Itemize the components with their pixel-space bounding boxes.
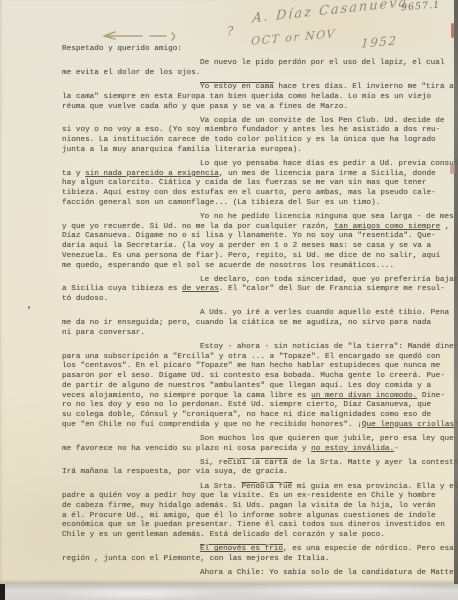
letter-text: ta y bbox=[62, 170, 85, 178]
letter-text: Son muchos los que quieren que jubile, p… bbox=[200, 435, 454, 443]
letter-text: si voy o no voy a eso. (Yo soy miembro f… bbox=[62, 126, 440, 134]
letter-line: me quedo, esperando que el sol se acuerd… bbox=[62, 262, 450, 272]
letter-text: me favorece no ha vencido su plazo ni co… bbox=[62, 445, 311, 453]
letter-text: La Srta. bbox=[200, 483, 242, 491]
letter-line: Yo no he pedido licencia ninguna que sea… bbox=[62, 213, 450, 223]
pencil-arrow-mark bbox=[100, 27, 190, 45]
letter-text: Díaz Casanueva. Dígame no o sí lisa y ll… bbox=[62, 232, 436, 240]
letter-line: hay algun calorcito. Ciática y caída de … bbox=[62, 179, 450, 189]
stray-ink-dot bbox=[28, 306, 30, 309]
letter-line: me evita el dolor de los ojos. bbox=[62, 69, 450, 79]
letter-line: Son muchos los que quieren que jubile, p… bbox=[62, 435, 450, 445]
letter-line: de cabeza firme, muy hidalgo además. Si … bbox=[62, 502, 450, 512]
letter-text-emphasized: tan amigos como siempre bbox=[334, 223, 440, 231]
letter-line: junta a la muy anarquica familia literar… bbox=[62, 146, 450, 156]
letter-text: que "en Chile no fuí comprendida y que n… bbox=[62, 421, 362, 429]
letter-line: a él. Procure Ud., mi amigo, que él lo i… bbox=[62, 512, 450, 522]
letter-text-emphasized: sin nada parecido a exigencia bbox=[85, 170, 219, 178]
letter-line: Ahora a Chile: Yo sabía solo de la candi… bbox=[62, 569, 450, 579]
letter-line: ta y sin nada parecido a exigencia, un m… bbox=[62, 170, 450, 180]
letter-text: , es una especie de nórdico. Pero esa bbox=[283, 545, 454, 553]
letter-text: , bbox=[440, 223, 449, 231]
letter-text: hace tres días. El invierno me "tira a bbox=[274, 83, 454, 91]
letter-line: para una subscripción a "Ercilla" y otra… bbox=[62, 353, 450, 363]
letter-text: Respetado y querido amigo: bbox=[62, 45, 182, 53]
letter-text: niones. La institución carece de todo co… bbox=[62, 136, 436, 144]
scan-background bbox=[0, 584, 458, 600]
letter-paragraph: La Srta. Pendola fué mi guia en esa prov… bbox=[62, 483, 450, 541]
letter-paragraph: Va copia de un convite de los Pen Club. … bbox=[62, 117, 450, 156]
letter-paragraph: Respetado y querido amigo: bbox=[62, 45, 450, 55]
letter-line: de partir de alguno de nuestros "ambulan… bbox=[62, 382, 450, 392]
letter-line: ni para conversar. bbox=[62, 329, 450, 339]
letter-text: a él. Procure Ud., mi amigo, que él lo i… bbox=[62, 512, 436, 520]
letter-line: me favorece no ha vencido su plazo ni co… bbox=[62, 445, 450, 455]
handwritten-catalog-number: 9657.1 bbox=[401, 0, 441, 13]
letter-text: Va copia de un convite de los Pen Club. … bbox=[200, 117, 445, 125]
letter-line: Chile y es un gentleman además. Está del… bbox=[62, 531, 450, 541]
letter-line: Lo que yo pensaba hace días es pedir a U… bbox=[62, 160, 450, 170]
letter-line: pasaron por el seso. Dígame Ud. si conte… bbox=[62, 372, 450, 382]
letter-text: me evita el dolor de los ojos. bbox=[62, 69, 200, 77]
letter-paragraph: Ahora a Chile: Yo sabía solo de la candi… bbox=[62, 569, 450, 579]
letter-text: y que yo recuerde. Si Ud. no me la da po… bbox=[62, 223, 334, 231]
letter-text-emphasized: no estoy inválida. bbox=[311, 445, 394, 453]
letter-text: pasaron por el seso. Dígame Ud. si conte… bbox=[62, 372, 445, 380]
letter-line: tibieza. Aquí estoy con dos estufas en e… bbox=[62, 189, 450, 199]
letter-line: los "centavos". En el pícaro "Topaze" me… bbox=[62, 362, 450, 372]
letter-line: Respetado y querido amigo: bbox=[62, 45, 450, 55]
letter-text: me da no ir enseguida; pero, cuando la c… bbox=[62, 319, 431, 327]
letter-text: junta a la muy anarquica familia literar… bbox=[62, 146, 302, 154]
letter-text: de cabeza firme, muy hidalgo además. Si … bbox=[62, 502, 436, 510]
letter-text-emphasized: Yo estoy en cama bbox=[200, 83, 274, 91]
letter-line: A Uds. yo iré a verles cuando aquello es… bbox=[62, 309, 450, 319]
letter-line: económica que se le puedan presentar. Ti… bbox=[62, 521, 450, 531]
letter-line: Sí, recibí la carta de la Srta. Matte y … bbox=[62, 459, 450, 469]
letter-text: Dine- bbox=[417, 392, 445, 400]
letter-text: padre a quién voy a pedir hoy que la vis… bbox=[62, 492, 436, 500]
letter-line: niones. La institución carece de todo co… bbox=[62, 136, 450, 146]
letter-line: región , junta con el Piemonte, con las … bbox=[62, 555, 450, 565]
letter-line: su colega doble, Cónsul y "croniquera", … bbox=[62, 411, 450, 421]
scan-edge-shadow bbox=[454, 0, 458, 584]
letter-text: - bbox=[394, 445, 399, 453]
letter-line: facción general son un camonflage... (La… bbox=[62, 199, 450, 209]
letter-line: Venezuela. Es una persona de fiar). Pero… bbox=[62, 252, 450, 262]
letter-text: ni para conversar. bbox=[62, 329, 145, 337]
red-edge-mark bbox=[450, 165, 455, 174]
letter-line: ro no les doy y eso no lo perdonan. Esté… bbox=[62, 401, 450, 411]
letter-line: De nuevo le pido perdón por el uso del l… bbox=[62, 59, 450, 69]
red-edge-mark bbox=[451, 23, 454, 38]
letter-page: A. Díaz Casanueva 9657.1 ? OCT or NOV 19… bbox=[0, 0, 458, 584]
letter-text: réuma que vuelve cada año y que pasa y s… bbox=[62, 103, 348, 111]
letter-paragraph: Son muchos los que quieren que jubile, p… bbox=[62, 435, 450, 454]
handwritten-recipient: A. Díaz Casanueva bbox=[252, 0, 409, 26]
letter-text: tibieza. Aquí estoy con dos estufas en e… bbox=[62, 189, 436, 197]
letter-line: Díaz Casanueva. Dígame no o sí lisa y ll… bbox=[62, 232, 450, 242]
letter-line: la cama" siempre en esta Europa tan bien… bbox=[62, 93, 450, 103]
letter-text: la cama" siempre en esta Europa tan bien… bbox=[62, 93, 431, 101]
letter-line: daría aquí la Secretaría. (la voy a perd… bbox=[62, 242, 450, 252]
letter-line: Yo estoy en cama hace tres días. El invi… bbox=[62, 83, 450, 93]
letter-text: . El "calor" del Sur de Francia siempre … bbox=[219, 285, 445, 293]
letter-text: su colega doble, Cónsul y "croniquera", … bbox=[62, 411, 431, 419]
letter-text: económica que se le puedan presentar. Ti… bbox=[62, 521, 445, 529]
letter-paragraph: El genovés es frío, es una especie de nó… bbox=[62, 545, 450, 564]
letter-line: réuma que vuelve cada año y que pasa y s… bbox=[62, 103, 450, 113]
letter-line: y que yo recuerde. Si Ud. no me la da po… bbox=[62, 223, 450, 233]
letter-text: los "centavos". En el pícaro "Topaze" me… bbox=[62, 362, 440, 370]
letter-text: de partir de alguno de nuestros "ambulan… bbox=[62, 382, 431, 390]
letter-text: Sí, re bbox=[200, 459, 228, 467]
letter-line: me da no ir enseguida; pero, cuando la c… bbox=[62, 319, 450, 329]
letter-text: a Sicilia cuya tibieza es bbox=[62, 285, 182, 293]
letter-text-emphasized: Pendola fué bbox=[242, 483, 293, 491]
letter-text: mi guia en esa provincia. Ella y el bbox=[292, 483, 458, 491]
letter-text-emphasized: El genovés es frío bbox=[200, 545, 283, 553]
letter-text: veces alojamiento, no siempre porque la … bbox=[62, 392, 311, 400]
letter-paragraph: Yo no he pedido licencia ninguna que sea… bbox=[62, 213, 450, 271]
letter-text: A Uds. yo iré a verles cuando aquello es… bbox=[200, 309, 449, 317]
letter-paragraph: Lo que yo pensaba hace días es pedir a U… bbox=[62, 160, 450, 209]
letter-line: veces alojamiento, no siempre porque la … bbox=[62, 392, 450, 402]
letter-text: Lo que yo pensaba hace días es pedir a U… bbox=[200, 160, 458, 168]
letter-line: si voy o no voy a eso. (Yo soy miembro f… bbox=[62, 126, 450, 136]
letter-paragraph: De nuevo le pido perdón por el uso del l… bbox=[62, 59, 450, 78]
letter-text: para una subscripción a "Ercilla" y otra… bbox=[62, 353, 440, 361]
letter-line: Le declaro, con toda sinceridad, que yo … bbox=[62, 276, 450, 286]
letter-line: a Sicilia cuya tibieza es de veras. El "… bbox=[62, 285, 450, 295]
letter-text: Le declaro, con toda sinceridad, que yo … bbox=[200, 276, 458, 284]
letter-text: facción general son un camonflage... (La… bbox=[62, 199, 380, 207]
letter-text-emphasized: cibí la carta bbox=[228, 459, 288, 467]
letter-paragraph: A Uds. yo iré a verles cuando aquello es… bbox=[62, 309, 450, 338]
letter-text: ro no les doy y eso no lo perdonan. Esté… bbox=[62, 401, 431, 409]
letter-text: Irá mañana la respuesta, por vía suya, d… bbox=[62, 468, 288, 476]
letter-text: Ahora a Chile: Yo sabía solo de la candi… bbox=[200, 569, 454, 577]
letter-paragraph: Sí, recibí la carta de la Srta. Matte y … bbox=[62, 459, 450, 478]
letter-paragraph: Yo estoy en cama hace tres días. El invi… bbox=[62, 83, 450, 112]
letter-line: tó dudoso. bbox=[62, 295, 450, 305]
scanned-letter-page: { "colors":{ "paper":"#eae3d0", "ink":"#… bbox=[0, 0, 458, 600]
letter-text-emphasized: Que lenguas criollas bbox=[362, 421, 454, 429]
letter-text: Estoy - ahora - sin noticias de "la tier… bbox=[200, 343, 458, 351]
letter-text: Chile y es un gentleman además. Está del… bbox=[62, 531, 385, 539]
letter-line: El genovés es frío, es una especie de nó… bbox=[62, 545, 450, 555]
letter-text: Venezuela. Es una persona de fiar). Pero… bbox=[62, 252, 440, 260]
letter-text: , un mes de licencia para irme a Sicilia… bbox=[219, 170, 436, 178]
letter-paragraph: Le declaro, con toda sinceridad, que yo … bbox=[62, 276, 450, 305]
letter-line: Irá mañana la respuesta, por vía suya, d… bbox=[62, 468, 450, 478]
letter-text: me quedo, esperando que el sol se acuerd… bbox=[62, 262, 394, 270]
letter-text: tó dudoso. bbox=[62, 295, 108, 303]
letter-body: Respetado y querido amigo:De nuevo le pi… bbox=[62, 45, 450, 583]
letter-text: hay algun calorcito. Ciática y caída de … bbox=[62, 179, 426, 187]
letter-line: La Srta. Pendola fué mi guia en esa prov… bbox=[62, 483, 450, 493]
handwritten-question-mark: ? bbox=[227, 24, 234, 38]
corner-dark-mark bbox=[0, 584, 5, 600]
letter-text: Yo no he pedido licencia ninguna que sea… bbox=[200, 213, 458, 221]
letter-text: de la Srta. Matte y ayer la contesté. bbox=[288, 459, 458, 467]
letter-paragraph: Estoy - ahora - sin noticias de "la tier… bbox=[62, 343, 450, 430]
letter-text: región , junta con el Piemonte, con las … bbox=[62, 555, 330, 563]
letter-line: Estoy - ahora - sin noticias de "la tier… bbox=[62, 343, 450, 353]
letter-text-emphasized: un mero divan incomodo. bbox=[311, 392, 417, 400]
letter-text-emphasized: de veras bbox=[182, 285, 219, 293]
letter-line: que "en Chile no fuí comprendida y que n… bbox=[62, 421, 450, 431]
letter-text: De nuevo le pido perdón por el uso del l… bbox=[200, 59, 445, 67]
letter-line: Va copia de un convite de los Pen Club. … bbox=[62, 117, 450, 127]
letter-text: daría aquí la Secretaría. (la voy a perd… bbox=[62, 242, 431, 250]
letter-line: padre a quién voy a pedir hoy que la vis… bbox=[62, 492, 450, 502]
